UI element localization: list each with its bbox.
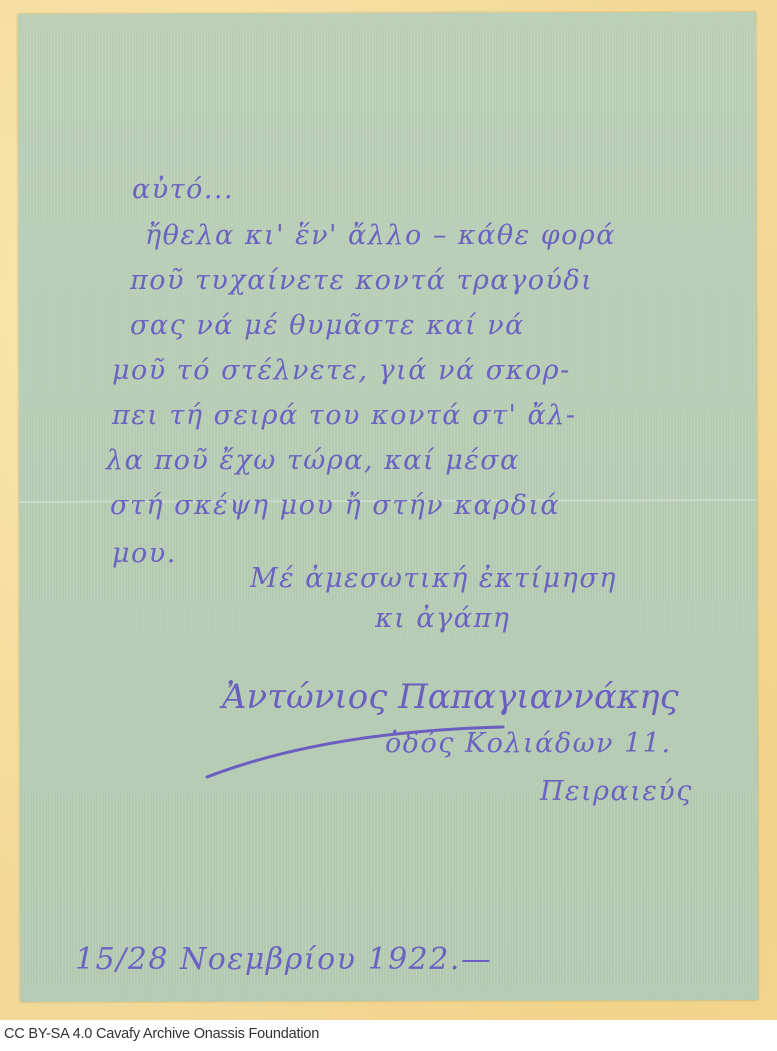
- letter-line-3: ποῦ τυχαίνετε κοντά τραγούδι: [130, 267, 593, 294]
- letter-line-7: λα ποῦ ἔχω τώρα, καί μέσα: [106, 447, 520, 474]
- letter-date: 15/28 Νοεμβρίου 1922.—: [75, 945, 492, 975]
- archive-credit: CC BY-SA 4.0 Cavafy Archive Onassis Foun…: [4, 1026, 319, 1042]
- letter-line-6: πει τή σειρά του κοντά στ' ἄλ-: [112, 402, 576, 429]
- closing-line-2: κι ἀγάπη: [375, 605, 510, 632]
- scan-backdrop: αὐτό... ἤθελα κι' ἕν' ἄλλο – κάθε φορά π…: [0, 0, 777, 1020]
- letter-line-8: στή σκέψη μου ἤ στήν καρδιά: [110, 492, 560, 519]
- address-street: ὁδός Κολιάδων 11.: [385, 730, 672, 757]
- signature: Ἀντώνιος Παπαγιαννάκης: [222, 680, 679, 714]
- address-city: Πειραιεύς: [540, 778, 693, 805]
- letter-line-2: ἤθελα κι' ἕν' ἄλλο – κάθε φορά: [145, 222, 616, 249]
- letter-line-9: μου.: [112, 540, 177, 567]
- closing-line-1: Μέ ἀμεσωτική ἐκτίμηση: [250, 565, 617, 592]
- letter-line-5: μοῦ τό στέλνετε, γιά νά σκορ-: [112, 357, 571, 384]
- letter-line-1: αὐτό...: [132, 176, 234, 203]
- letter-line-4: σας νά μέ θυμᾶστε καί νά: [130, 312, 525, 339]
